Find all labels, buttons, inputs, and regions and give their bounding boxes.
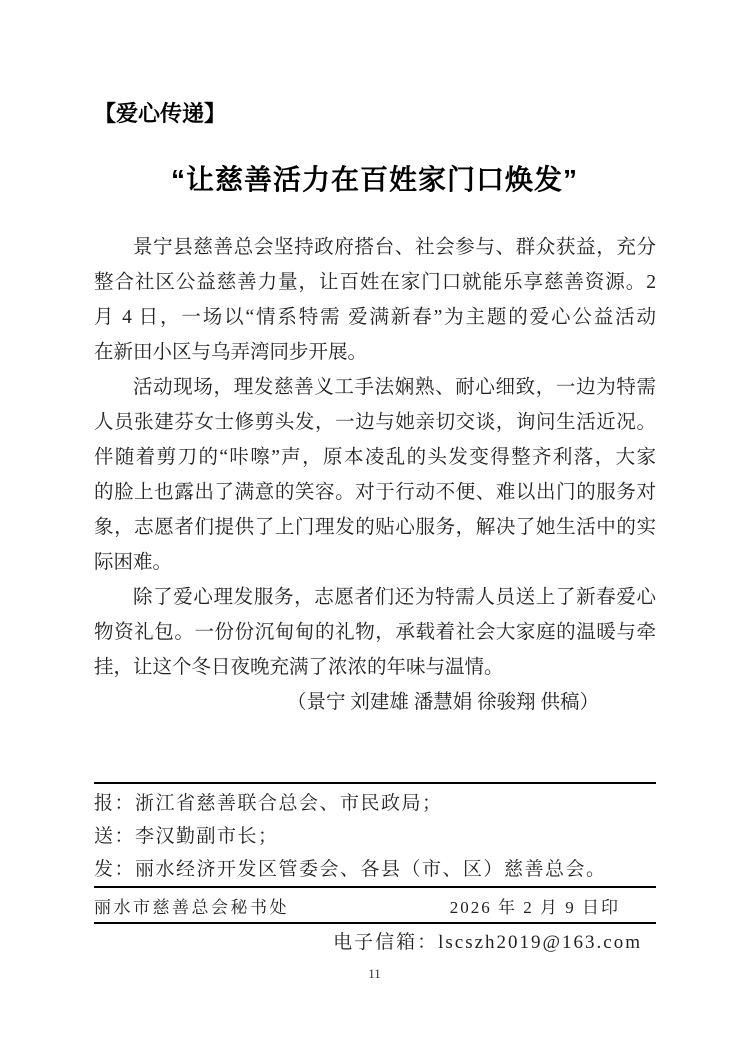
body-line: 除了爱心理发服务，志愿者们还为特需人员送上了新春爱心	[94, 580, 656, 615]
article-title: “让慈善活力在百姓家门口焕发”	[0, 162, 749, 198]
distribution-issue-line: 发：丽水经济开发区管委会、各县（市、区）慈善总会。	[94, 853, 656, 886]
body-line: 在新田小区与乌弄湾同步开展。	[94, 335, 656, 370]
distribution-report-line: 报：浙江省慈善联合总会、市民政局；	[94, 787, 656, 820]
imprint-email-line: 电子信箱：lscszh2019@163.com	[94, 922, 656, 958]
body-line: 物资礼包。一份份沉甸甸的礼物，承载着社会大家庭的温暖与牵	[94, 615, 656, 650]
article-body: 景宁县慈善总会坚持政府搭台、社会参与、群众获益，充分 整合社区公益慈善力量，让百…	[94, 230, 656, 720]
distribution-send-line: 送：李汉勤副市长；	[94, 820, 656, 853]
imprint-print-date: 2026 年 2 月 9 日印	[450, 893, 620, 918]
document-page: 【爱心传递】 “让慈善活力在百姓家门口焕发” 景宁县慈善总会坚持政府搭台、社会参…	[0, 0, 749, 1060]
section-label: 【爱心传递】	[94, 100, 226, 128]
body-line: 月 4 日，一场以“情系特需 爱满新春”为主题的爱心公益活动	[94, 300, 656, 335]
body-line: 际困难。	[94, 545, 656, 580]
body-line: 伴随着剪刀的“咔嚓”声，原本凌乱的头发变得整齐利落，大家	[94, 440, 656, 475]
body-line: 景宁县慈善总会坚持政府搭台、社会参与、群众获益，充分	[94, 230, 656, 265]
distribution-list: 报：浙江省慈善联合总会、市民政局； 送：李汉勤副市长； 发：丽水经济开发区管委会…	[94, 784, 656, 886]
page-number: 11	[0, 966, 749, 982]
body-line: 的脸上也露出了满意的笑容。对于行动不便、难以出门的服务对	[94, 475, 656, 510]
body-line: 人员张建芬女士修剪头发，一边与她亲切交谈，询问生活近况。	[94, 405, 656, 440]
body-line: 整合社区公益慈善力量，让百姓在家门口就能乐享慈善资源。2	[94, 265, 656, 300]
body-line: 象，志愿者们提供了上门理发的贴心服务，解决了她生活中的实	[94, 510, 656, 545]
imprint-row: 丽水市慈善总会秘书处 2026 年 2 月 9 日印	[94, 886, 656, 922]
imprint-issuer: 丽水市慈善总会秘书处	[94, 893, 289, 918]
distribution-footer: 报：浙江省慈善联合总会、市民政局； 送：李汉勤副市长； 发：丽水经济开发区管委会…	[94, 782, 656, 958]
body-line: 挂，让这个冬日夜晚充满了浓浓的年味与温情。	[94, 650, 656, 685]
article-byline: （景宁 刘建雄 潘慧娟 徐骏翔 供稿）	[94, 685, 656, 720]
body-line: 活动现场，理发慈善义工手法娴熟、耐心细致，一边为特需	[94, 370, 656, 405]
